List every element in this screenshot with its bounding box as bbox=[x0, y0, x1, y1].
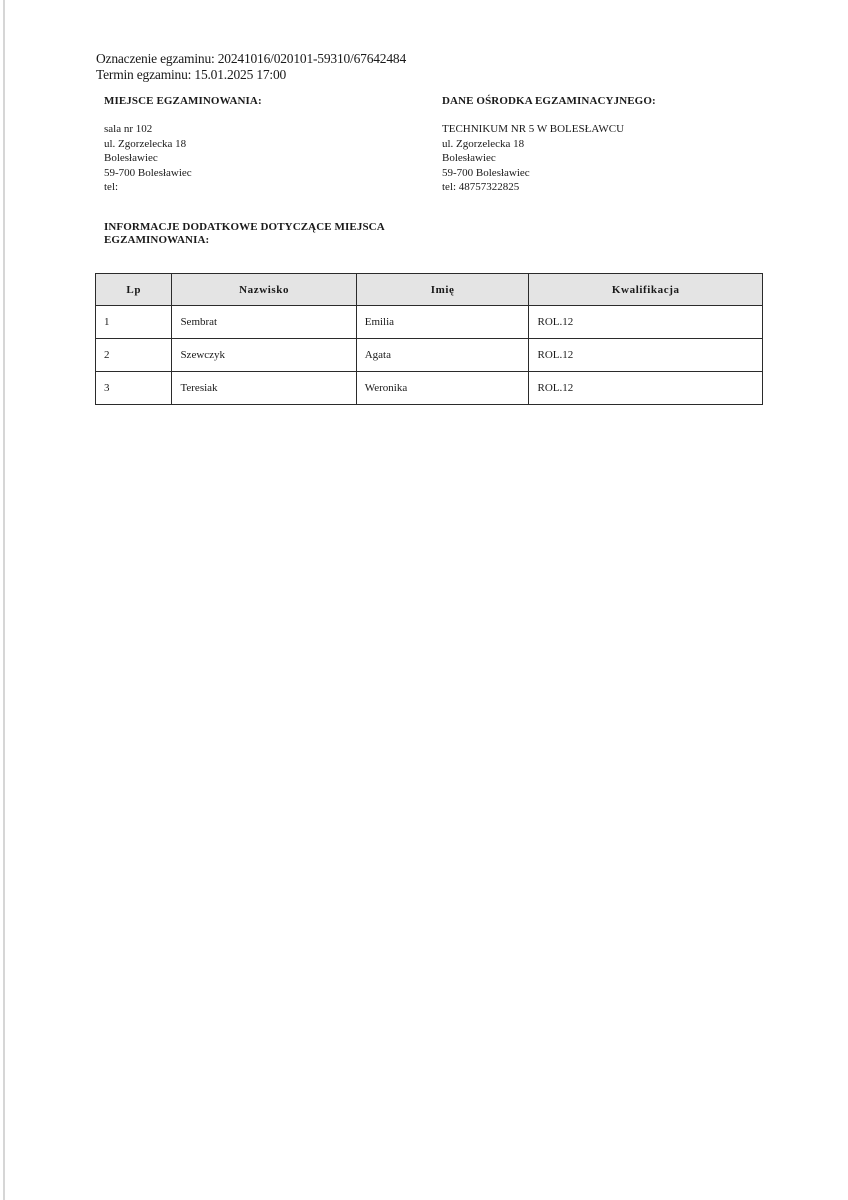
cell-surname: Szewczyk bbox=[172, 339, 356, 372]
exam-location-section: MIEJSCE EGZAMINOWANIA: sala nr 102 ul. Z… bbox=[104, 95, 424, 195]
exam-location-postal: 59-700 Bolesławiec bbox=[104, 166, 424, 181]
cell-lp: 2 bbox=[96, 339, 172, 372]
cell-first-name: Weronika bbox=[356, 372, 529, 405]
exam-designation-value: 20241016/020101-59310/67642484 bbox=[218, 51, 406, 66]
column-header-surname: Nazwisko bbox=[172, 274, 356, 306]
exam-location-street: ul. Zgorzelecka 18 bbox=[104, 137, 424, 152]
table-header-row: Lp Nazwisko Imię Kwalifikacja bbox=[96, 274, 763, 306]
candidates-table: Lp Nazwisko Imię Kwalifikacja 1 Sembrat … bbox=[95, 273, 763, 405]
scan-edge-artifact bbox=[3, 0, 5, 1200]
cell-qualification: ROL.12 bbox=[529, 339, 763, 372]
exam-center-city: Bolesławiec bbox=[442, 151, 762, 166]
exam-designation: Oznaczenie egzaminu: 20241016/020101-593… bbox=[96, 51, 406, 67]
column-header-qualification: Kwalifikacja bbox=[529, 274, 763, 306]
cell-first-name: Agata bbox=[356, 339, 529, 372]
cell-surname: Sembrat bbox=[172, 306, 356, 339]
table-row: 2 Szewczyk Agata ROL.12 bbox=[96, 339, 763, 372]
exam-designation-label: Oznaczenie egzaminu: bbox=[96, 51, 215, 66]
cell-first-name: Emilia bbox=[356, 306, 529, 339]
exam-date-value: 15.01.2025 17:00 bbox=[194, 67, 286, 82]
exam-center-street: ul. Zgorzelecka 18 bbox=[442, 137, 762, 152]
additional-info-title-line2: EGZAMINOWANIA: bbox=[104, 234, 424, 247]
additional-info-title-line1: INFORMACJE DODATKOWE DOTYCZĄCE MIEJSCA bbox=[104, 221, 424, 234]
exam-center-postal: 59-700 Bolesławiec bbox=[442, 166, 762, 181]
exam-center-section: DANE OŚRODKA EGZAMINACYJNEGO: TECHNIKUM … bbox=[442, 95, 762, 195]
exam-location-phone: tel: bbox=[104, 180, 424, 195]
cell-surname: Teresiak bbox=[172, 372, 356, 405]
additional-info-title: INFORMACJE DODATKOWE DOTYCZĄCE MIEJSCA E… bbox=[104, 221, 424, 247]
exam-location-title: MIEJSCE EGZAMINOWANIA: bbox=[104, 95, 424, 107]
exam-date: Termin egzaminu: 15.01.2025 17:00 bbox=[96, 67, 406, 83]
exam-date-label: Termin egzaminu: bbox=[96, 67, 191, 82]
column-header-first-name: Imię bbox=[356, 274, 529, 306]
exam-center-address: TECHNIKUM NR 5 W BOLESŁAWCU ul. Zgorzele… bbox=[442, 122, 762, 195]
cell-qualification: ROL.12 bbox=[529, 306, 763, 339]
table-row: 1 Sembrat Emilia ROL.12 bbox=[96, 306, 763, 339]
table-row: 3 Teresiak Weronika ROL.12 bbox=[96, 372, 763, 405]
exam-location-room: sala nr 102 bbox=[104, 122, 424, 137]
exam-center-phone: tel: 48757322825 bbox=[442, 180, 762, 195]
exam-header: Oznaczenie egzaminu: 20241016/020101-593… bbox=[96, 51, 406, 83]
exam-center-name: TECHNIKUM NR 5 W BOLESŁAWCU bbox=[442, 122, 762, 137]
column-header-lp: Lp bbox=[96, 274, 172, 306]
cell-lp: 3 bbox=[96, 372, 172, 405]
exam-center-title: DANE OŚRODKA EGZAMINACYJNEGO: bbox=[442, 95, 762, 107]
exam-location-address: sala nr 102 ul. Zgorzelecka 18 Bolesławi… bbox=[104, 122, 424, 195]
cell-lp: 1 bbox=[96, 306, 172, 339]
cell-qualification: ROL.12 bbox=[529, 372, 763, 405]
exam-location-city: Bolesławiec bbox=[104, 151, 424, 166]
